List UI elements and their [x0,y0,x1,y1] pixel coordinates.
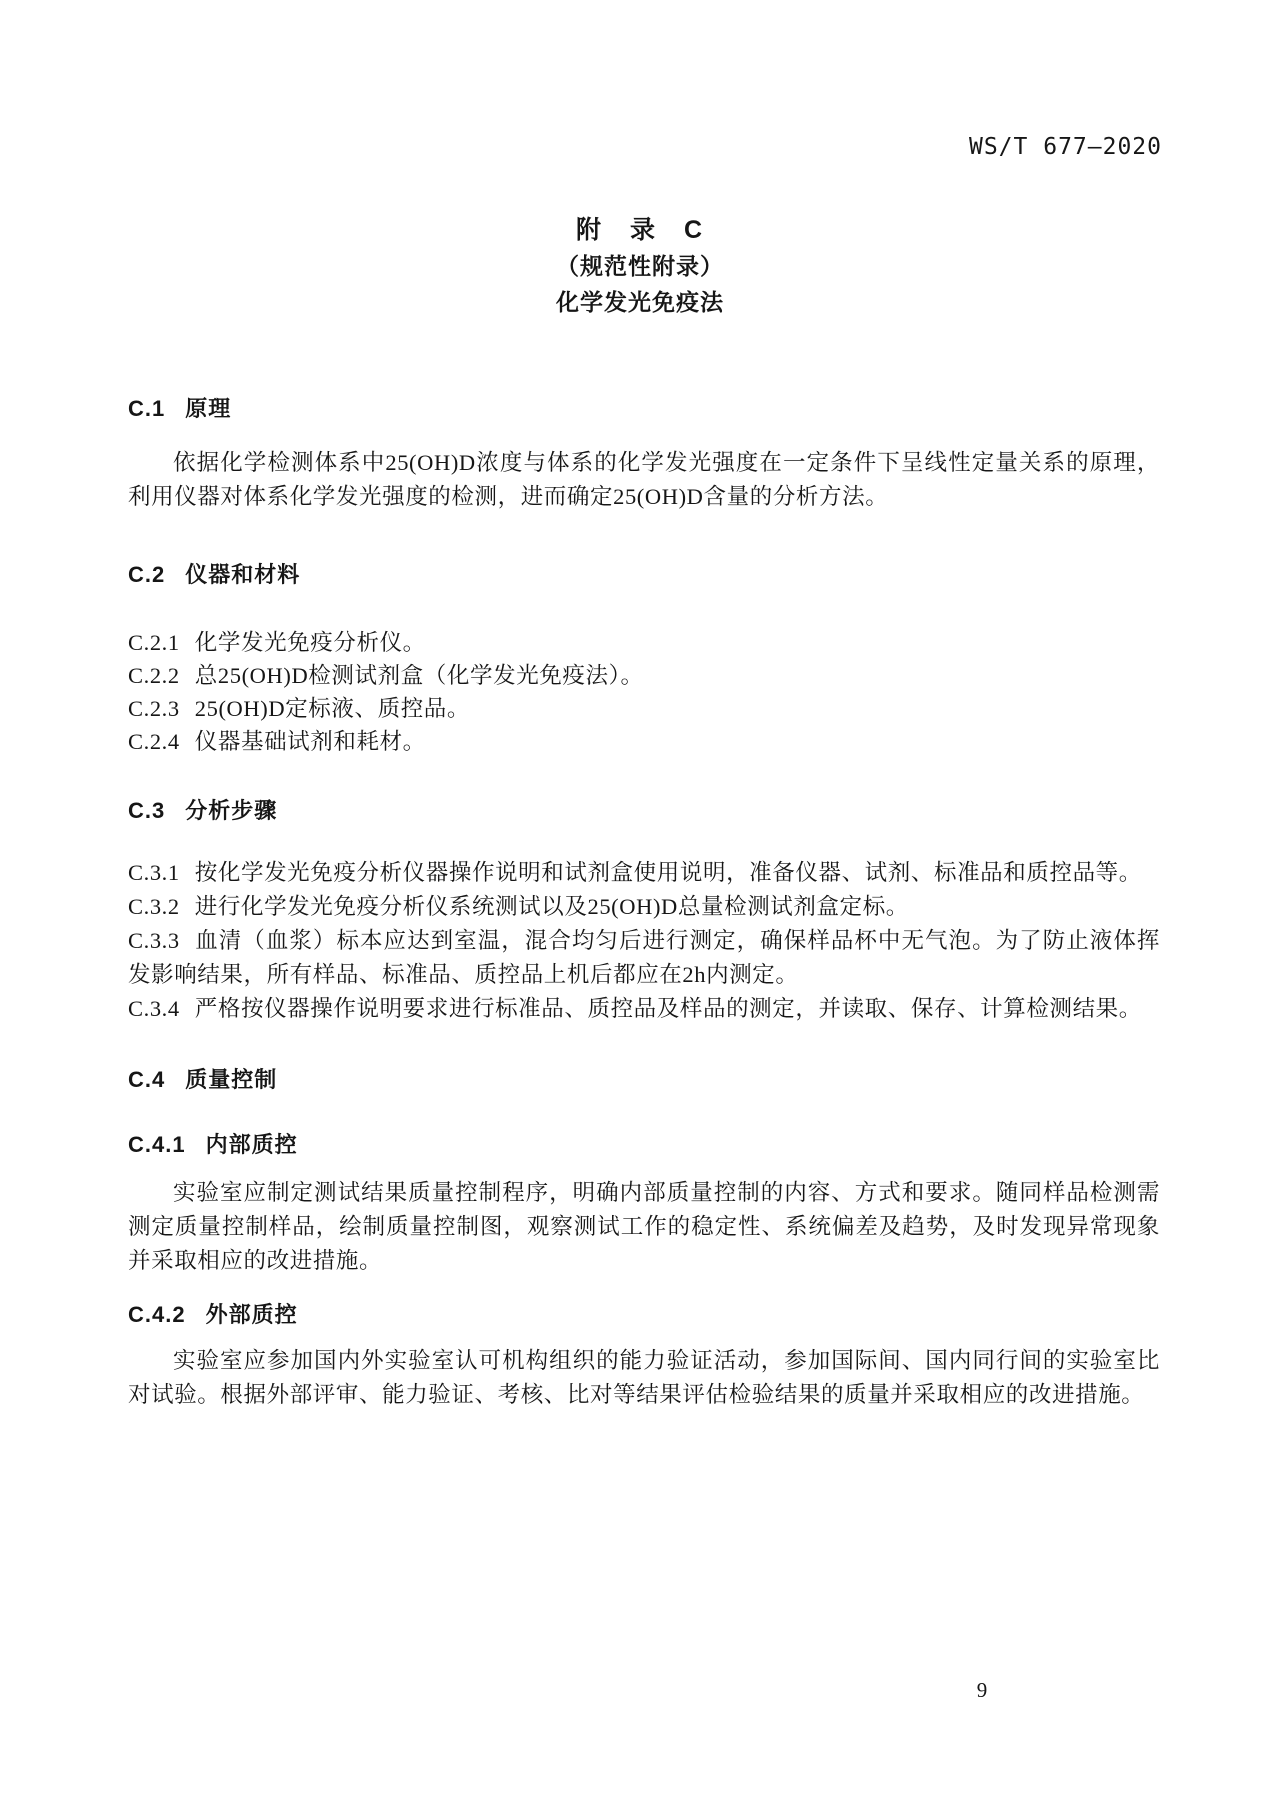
section-c3-title: 分析步骤 [185,798,277,823]
clause-c2-3-number: C.2.3 [128,696,180,721]
appendix-subtitle: （规范性附录） [0,248,1280,284]
section-c4-number: C.4 [128,1067,165,1092]
clause-c2-2-text: 总25(OH)D检测试剂盒（化学发光免疫法）。 [195,663,644,688]
section-c4-1-heading: C.4.1内部质控 [128,1128,1160,1159]
section-c3-number: C.3 [128,798,165,823]
section-c1-title: 原理 [185,396,231,421]
section-c4-2-number: C.4.2 [128,1302,186,1327]
appendix-title: 附 录 C [0,212,1280,248]
clause-c3-4-number: C.3.4 [128,996,180,1021]
section-c2-heading: C.2仪器和材料 [128,558,1160,589]
appendix-title-block: 附 录 C （规范性附录） 化学发光免疫法 [0,212,1280,320]
page-number: 9 [960,1678,1004,1703]
document-page: WS/T 677—2020 附 录 C （规范性附录） 化学发光免疫法 C.1原… [0,0,1280,1809]
clause-c2-3-text: 25(OH)D定标液、质控品。 [195,696,470,721]
clause-c3-2: C.3.2进行化学发光免疫分析仪系统测试以及25(OH)D总量检测试剂盒定标。 [128,890,1160,924]
clause-c3-1-number: C.3.1 [128,860,180,885]
clause-c2-4-number: C.2.4 [128,729,180,754]
section-c4-1-paragraph: 实验室应制定测试结果质量控制程序，明确内部质量控制的内容、方式和要求。随同样品检… [128,1176,1160,1278]
appendix-method-title: 化学发光免疫法 [0,284,1280,320]
section-c4-1-title: 内部质控 [206,1132,298,1157]
clause-c3-4: C.3.4严格按仪器操作说明要求进行标准品、质控品及样品的测定，并读取、保存、计… [128,992,1160,1026]
section-c1-heading: C.1原理 [128,392,1160,423]
section-c4-2-paragraph: 实验室应参加国内外实验室认可机构组织的能力验证活动，参加国际间、国内同行间的实验… [128,1344,1160,1412]
section-c4-2-heading: C.4.2外部质控 [128,1298,1160,1329]
section-c2-title: 仪器和材料 [185,562,300,587]
clause-c2-4-text: 仪器基础试剂和耗材。 [195,729,426,754]
section-c4-heading: C.4质量控制 [128,1063,1160,1094]
clause-c3-1-text: 按化学发光免疫分析仪器操作说明和试剂盒使用说明，准备仪器、试剂、标准品和质控品等… [195,860,1142,885]
clause-c2-1: C.2.1化学发光免疫分析仪。 [128,626,1160,660]
clause-c3-4-text: 严格按仪器操作说明要求进行标准品、质控品及样品的测定，并读取、保存、计算检测结果… [195,996,1142,1021]
clause-c2-4: C.2.4仪器基础试剂和耗材。 [128,725,1160,759]
clause-c2-2-number: C.2.2 [128,663,180,688]
section-c4-1-number: C.4.1 [128,1132,186,1157]
section-c1-number: C.1 [128,396,165,421]
clause-c3-3-number: C.3.3 [128,928,180,953]
section-c4-2-title: 外部质控 [206,1302,298,1327]
section-c1-paragraph: 依据化学检测体系中25(OH)D浓度与体系的化学发光强度在一定条件下呈线性定量关… [128,446,1160,514]
section-c4-title: 质量控制 [185,1067,277,1092]
clause-c3-2-number: C.3.2 [128,894,180,919]
clause-c2-1-text: 化学发光免疫分析仪。 [195,630,426,655]
section-c2-number: C.2 [128,562,165,587]
section-c3-heading: C.3分析步骤 [128,794,1160,825]
clause-c2-3: C.2.325(OH)D定标液、质控品。 [128,692,1160,726]
clause-c3-2-text: 进行化学发光免疫分析仪系统测试以及25(OH)D总量检测试剂盒定标。 [195,894,909,919]
doc-code-header: WS/T 677—2020 [969,134,1162,160]
clause-c2-1-number: C.2.1 [128,630,180,655]
clause-c2-2: C.2.2总25(OH)D检测试剂盒（化学发光免疫法）。 [128,659,1160,693]
clause-c3-3-text: 血清（血浆）标本应达到室温，混合均匀后进行测定，确保样品杯中无气泡。为了防止液体… [128,928,1160,987]
clause-c3-3: C.3.3血清（血浆）标本应达到室温，混合均匀后进行测定，确保样品杯中无气泡。为… [128,924,1160,992]
clause-c3-1: C.3.1按化学发光免疫分析仪器操作说明和试剂盒使用说明，准备仪器、试剂、标准品… [128,856,1160,890]
